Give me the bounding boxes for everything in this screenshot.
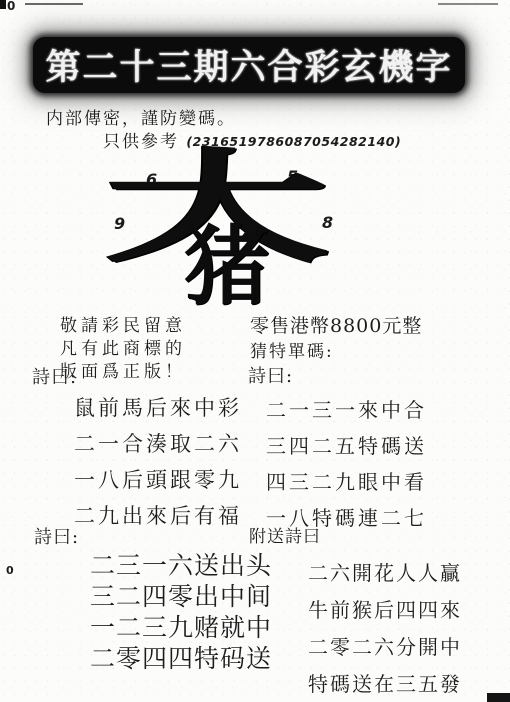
poem-header-bottom-left: 詩曰: [34,523,79,549]
poem-line: 二零四四特码送 [90,643,272,674]
retail-price: 零售港幣8800元整 [250,311,422,338]
authenticity-line: 版面爲正版！ [60,361,186,384]
guess-special-label: 猜特單碼: [250,337,334,362]
scan-edge-mark [0,0,6,9]
poem-mid-left: 鼠前馬后來中彩 二一合湊取二六 一八后頭跟零九 二九出來后有福 [74,390,242,534]
poem-line: 一二三九赌就中 [90,612,272,643]
top-rule-left [25,3,83,5]
poem-line: 二六開花人人贏 [308,555,462,592]
zodiac-animal-character: 猪 [184,224,270,310]
poem-line: 一八后頭跟零九 [74,462,242,498]
poem-header-mid-left: 詩曰: [32,363,77,389]
authenticity-line: 凡有此商標的 [60,338,186,361]
poem-bottom-right: 二六開花人人贏 牛前猴后四四來 二零二六分開中 特碼送在三五發 [308,555,462,702]
poem-header-bottom-right: 附送詩曰 [249,522,321,547]
margin-zero-top: 0 [7,0,15,13]
poem-mid-right: 二一三一來中合 三四二五特碼送 四三二九眼中看 一八特碼連二七 [266,392,427,536]
poem-line: 特碼送在三五發 [308,666,462,702]
margin-zero-left: 0 [6,564,14,577]
poem-line: 三二四零出中间 [90,581,272,612]
poem-bottom-left: 二三一六送出头 三二四零出中间 一二三九赌就中 二零四四特码送 [90,550,272,674]
poem-line: 牛前猴后四四來 [308,592,462,629]
poem-line: 二零二六分開中 [308,629,462,666]
poem-line: 二三一六送出头 [90,550,272,581]
poem-line: 二一合湊取二六 [74,426,242,462]
poem-line: 二九出來后有福 [74,498,242,534]
poem-line: 三四二五特碼送 [266,428,427,464]
poem-line: 二一三一來中合 [266,392,427,428]
scan-corner-mark [487,693,510,702]
page-title: 第二十三期六合彩玄機字 [45,40,452,90]
poem-header-mid-right: 詩曰: [248,362,293,388]
top-rule-right [438,3,498,5]
poem-line: 四三二九眼中看 [266,464,427,500]
authenticity-notice: 敬請彩民留意 凡有此商標的 版面爲正版！ [60,315,186,384]
warning-note: 内部傳密，謹防變碼。 [46,104,236,129]
scanned-lottery-sheet: 0 第二十三期六合彩玄機字 内部傳密，謹防變碼。 只供參考 (231651978… [0,0,510,702]
title-banner: 第二十三期六合彩玄機字 [33,37,465,93]
authenticity-line: 敬請彩民留意 [60,315,186,338]
poem-line: 鼠前馬后來中彩 [74,390,242,426]
